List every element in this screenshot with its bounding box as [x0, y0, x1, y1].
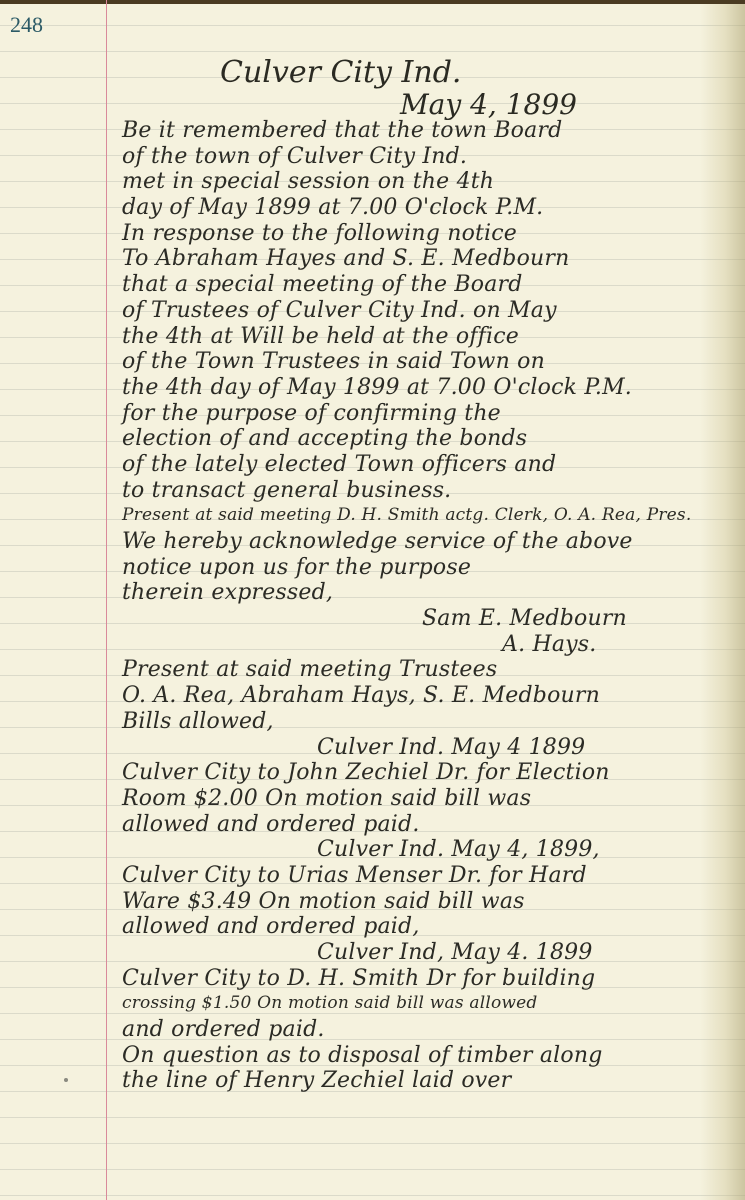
heading-date: May 4, 1899	[400, 88, 577, 121]
bill-date-line: Culver Ind. May 4, 1899,	[122, 837, 742, 863]
text-line: the 4th at Will be held at the office	[122, 324, 742, 350]
text-line: Ware $3.49 On motion said bill was	[122, 889, 742, 915]
text-line: and ordered paid.	[122, 1017, 742, 1043]
text-line: of the lately elected Town officers and	[122, 452, 742, 478]
text-line: crossing $1.50 On motion said bill was a…	[122, 991, 742, 1017]
text-line: We hereby acknowledge service of the abo…	[122, 529, 742, 555]
text-line-present: Present at said meeting D. H. Smith actg…	[122, 503, 742, 529]
text-line: of Trustees of Culver City Ind. on May	[122, 298, 742, 324]
text-line: day of May 1899 at 7.00 O'clock P.M.	[122, 195, 742, 221]
text-line: for the purpose of confirming the	[122, 401, 742, 427]
bill-date-line: Culver Ind, May 4. 1899	[122, 940, 742, 966]
minutes-body: Be it remembered that the town Board of …	[122, 118, 742, 1094]
text-line: notice upon us for the purpose	[122, 555, 742, 581]
ink-dot-mark	[64, 1078, 68, 1082]
heading-place: Culver City Ind.	[220, 55, 461, 90]
text-line: to transact general business.	[122, 478, 742, 504]
text-line: Culver City to Urias Menser Dr. for Hard	[122, 863, 742, 889]
text-line: the line of Henry Zechiel laid over	[122, 1068, 742, 1094]
text-line: Present at said meeting Trustees	[122, 657, 742, 683]
text-line: Culver City to John Zechiel Dr. for Elec…	[122, 760, 742, 786]
text-line: of the Town Trustees in said Town on	[122, 349, 742, 375]
bill-date-line: Culver Ind. May 4 1899	[122, 735, 742, 761]
text-line: Room $2.00 On motion said bill was	[122, 786, 742, 812]
text-line: allowed and ordered paid,	[122, 914, 742, 940]
text-line: met in special session on the 4th	[122, 169, 742, 195]
text-line: therein expressed,	[122, 580, 742, 606]
text-line: To Abraham Hayes and S. E. Medbourn	[122, 246, 742, 272]
text-line: that a special meeting of the Board	[122, 272, 742, 298]
text-line: Culver City to D. H. Smith Dr for buildi…	[122, 966, 742, 992]
text-line: the 4th day of May 1899 at 7.00 O'clock …	[122, 375, 742, 401]
text-line: In response to the following notice	[122, 221, 742, 247]
text-line: election of and accepting the bonds	[122, 426, 742, 452]
ledger-page: 248 Culver City Ind. May 4, 1899 Be it r…	[0, 0, 745, 1200]
text-line: Bills allowed,	[122, 709, 742, 735]
text-line: of the town of Culver City Ind.	[122, 144, 742, 170]
text-line: On question as to disposal of timber alo…	[122, 1043, 742, 1069]
text-line: allowed and ordered paid.	[122, 812, 742, 838]
signature-medbourn: Sam E. Medbourn	[122, 606, 742, 632]
red-margin-rule	[106, 0, 107, 1200]
page-number: 248	[10, 12, 43, 38]
text-line: O. A. Rea, Abraham Hays, S. E. Medbourn	[122, 683, 742, 709]
signature-hays: A. Hays.	[122, 632, 742, 658]
page-top-edge	[0, 0, 745, 4]
text-line: Be it remembered that the town Board	[122, 118, 742, 144]
